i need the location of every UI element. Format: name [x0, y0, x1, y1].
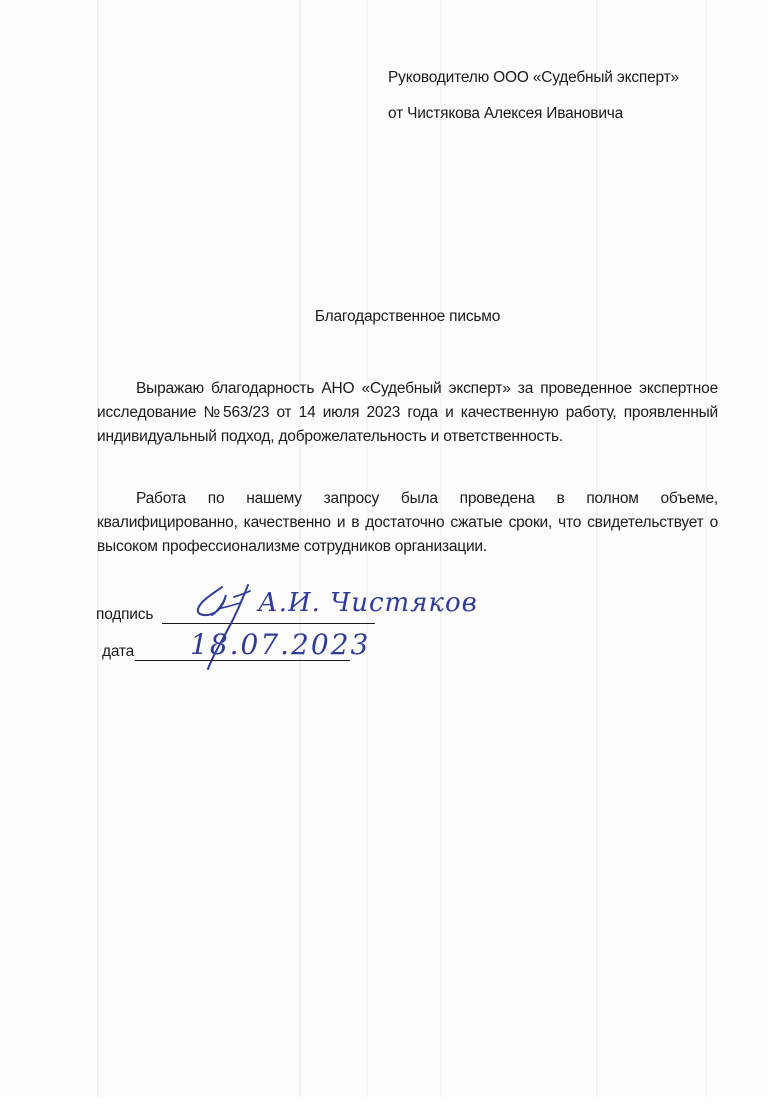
addressee-recipient: Руководителю ООО «Судебный эксперт»: [388, 60, 679, 96]
letter-title: Благодарственное письмо: [0, 308, 769, 326]
signature-label: подпись: [96, 606, 153, 624]
addressee-block: Руководителю ООО «Судебный эксперт» от Ч…: [388, 60, 679, 132]
paragraph-text: Выражаю благодарность АНО «Судебный эксп…: [97, 377, 718, 449]
body-paragraph-1: Выражаю благодарность АНО «Судебный эксп…: [97, 377, 718, 449]
date-label: дата: [102, 643, 134, 661]
handwritten-name: А.И. Чистяков: [258, 588, 478, 618]
handwritten-date: 18.07.2023: [190, 628, 370, 661]
scanned-letter-page: Руководителю ООО «Судебный эксперт» от Ч…: [0, 0, 769, 1097]
body-paragraph-2: Работа по нашему запросу была проведена …: [97, 487, 718, 559]
paragraph-text: Работа по нашему запросу была проведена …: [97, 487, 718, 559]
addressee-sender: от Чистякова Алексея Ивановича: [388, 96, 679, 132]
